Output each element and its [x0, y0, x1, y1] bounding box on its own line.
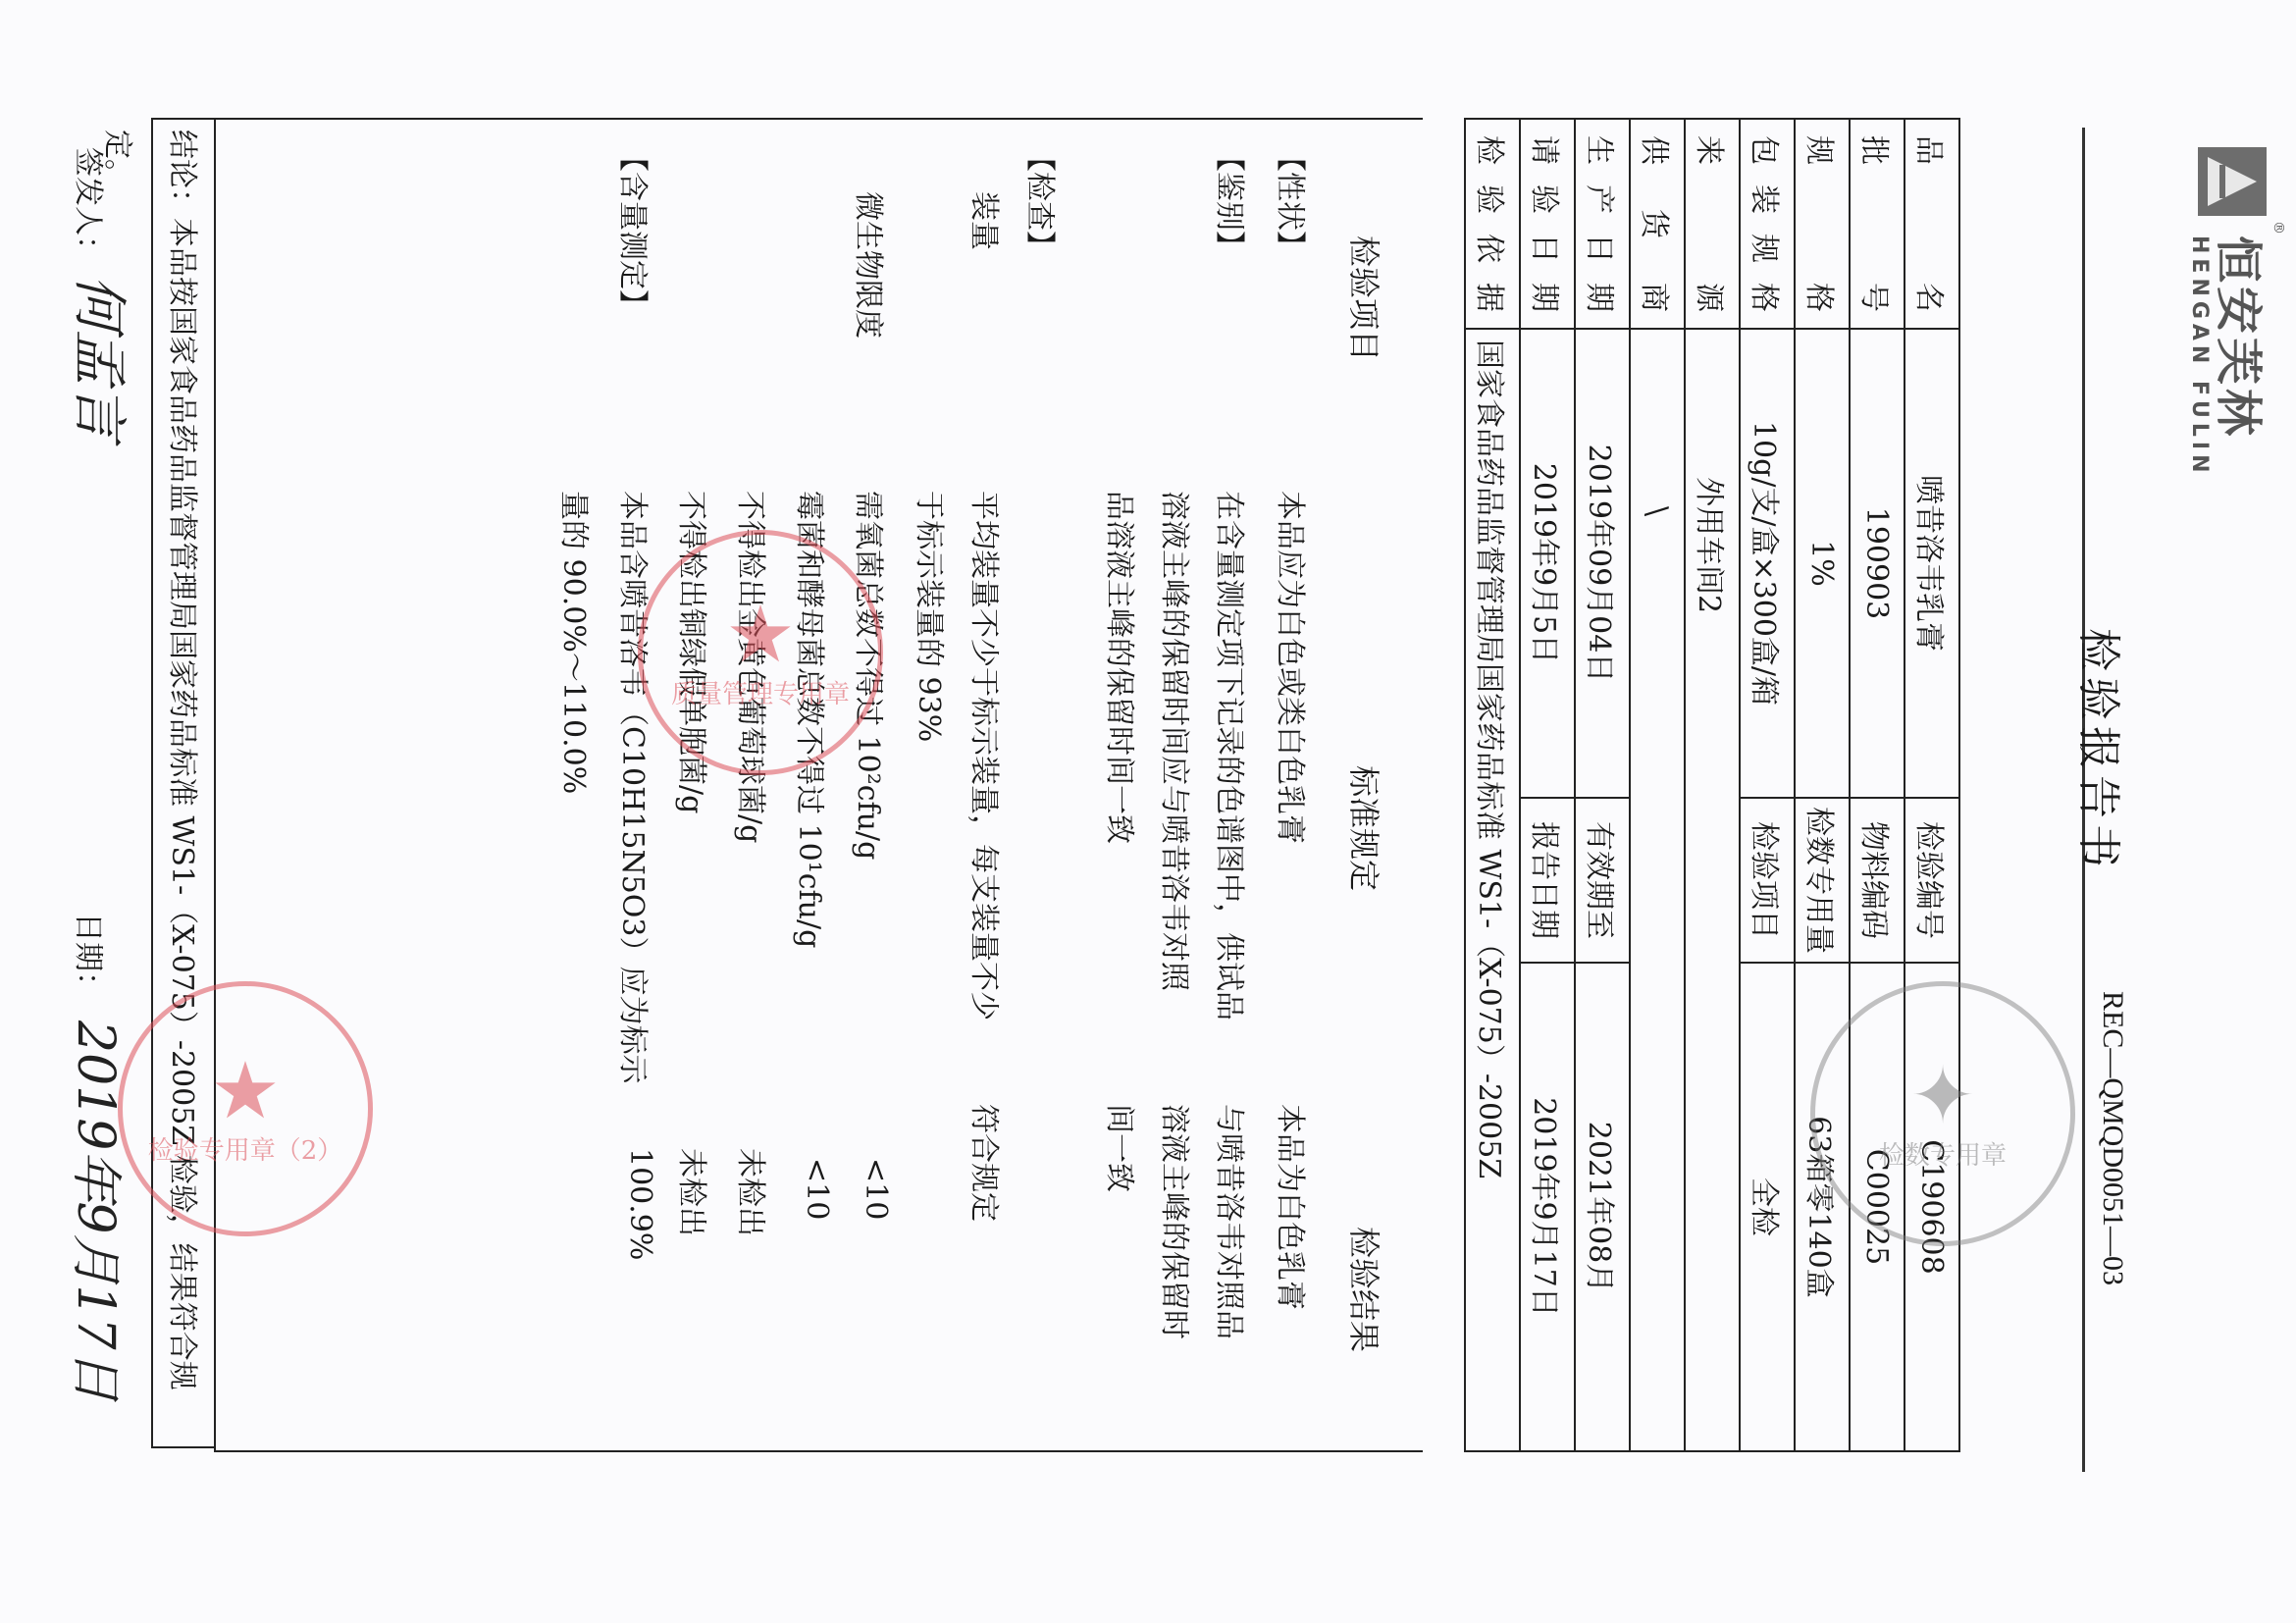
gray-seal-stamp: ✦ 检数专用章 [1810, 981, 2075, 1246]
column-standard-heading: 标准规定 [1343, 765, 1388, 891]
table-row: 品名 喷昔洛韦乳膏 检验编号 C190608 [1905, 119, 1959, 1451]
table-row: 生产日期 2019年09月04日 有效期至 2021年08月 [1575, 119, 1630, 1451]
product-name-value: 喷昔洛韦乳膏 [1905, 329, 1959, 798]
result-identification-line: 与喷昔洛韦对照品 [1211, 1104, 1254, 1339]
spec-label: 规格 [1795, 119, 1850, 329]
standard-appearance: 本品应为白色或类白色乳膏 [1272, 491, 1315, 844]
company-name-cn: 恒安芙林 [2209, 236, 2276, 440]
spec-value: 1% [1795, 329, 1850, 798]
report-date-value: 2019年9月17日 [1520, 963, 1575, 1451]
request-date-label: 请验日期 [1520, 119, 1575, 329]
report-date-label: 报告日期 [1520, 798, 1575, 963]
standard-fill-line: 于标示装量的 93% [911, 491, 954, 742]
result-identification-line: 溶液主峰的保留时 [1156, 1104, 1199, 1339]
star-icon: ✦ [1909, 1057, 1975, 1135]
product-name-label: 品名 [1905, 119, 1959, 329]
standard-assay-line: 本品含喷昔洛韦（C10H15N5O3）应为标示 [614, 491, 657, 1083]
report-title: 检验报告书 [2071, 628, 2134, 873]
request-date-value: 2019年9月5日 [1520, 329, 1575, 798]
package-label: 包装规格 [1740, 119, 1795, 329]
red-seal-stamp-qa: ★ 质量管理专用章 [638, 530, 883, 775]
info-table: 品名 喷昔洛韦乳膏 检验编号 C190608 批号 190903 物料编码 C0… [1464, 118, 1960, 1452]
section-inspection: 【检查】 [1021, 142, 1065, 260]
result-microbial: <10 [859, 1158, 893, 1220]
result-assay: 100.9% [623, 1148, 657, 1260]
inspection-report-page: ® 恒安芙林 HENGAN FULIN 检验报告书 REC—QMQD0051—0… [0, 0, 2296, 1623]
basis-value: 国家食品药品监督管理局国家药品标准 WS1-（X-075）-2005Z [1465, 329, 1520, 1451]
section-microbial: 微生物限度 [850, 191, 893, 339]
section-fill: 装量 [965, 191, 1009, 250]
conclusion: 结论：本品按国家食品药品监督管理局国家药品标准 WS1-（X-075）-2005… [151, 118, 216, 1448]
batch-label: 批号 [1850, 119, 1905, 329]
test-items-label: 检验项目 [1740, 798, 1795, 963]
gray-stamp-text: 检数专用章 [1879, 1135, 2007, 1172]
test-items-value: 全检 [1740, 963, 1795, 1451]
result-fill: 符合规定 [965, 1104, 1009, 1222]
supplier-label: 供货商 [1630, 119, 1685, 329]
material-code-label: 物料编码 [1850, 798, 1905, 963]
red-seal-stamp-inspection: ★ 检验专用章（2） [118, 981, 373, 1236]
source-value: 外用车间2 [1685, 329, 1740, 1451]
star-icon: ★ [210, 1052, 281, 1130]
inspection-no-label: 检验编号 [1905, 798, 1959, 963]
production-date-label: 生产日期 [1575, 119, 1630, 329]
result-microbial: <10 [800, 1158, 834, 1220]
table-row: 来源 外用车间2 [1685, 119, 1740, 1451]
signer-label: 签发人： [70, 147, 113, 265]
table-row: 检验依据 国家食品药品监督管理局国家药品标准 WS1-（X-075）-2005Z [1465, 119, 1520, 1451]
table-row: 批号 190903 物料编码 C00025 [1850, 119, 1905, 1451]
section-assay: 【含量测定】 [614, 142, 657, 319]
result-appearance: 本品为白色乳膏 [1272, 1104, 1315, 1310]
production-date-value: 2019年09月04日 [1575, 329, 1630, 798]
result-microbial: 未检出 [673, 1148, 716, 1236]
inspection-stamp-text: 检验专用章（2） [148, 1130, 343, 1167]
sample-qty-label: 检数专用量 [1795, 798, 1850, 963]
standard-fill-line: 平均装量不少于标示装量，每支装量不少 [965, 491, 1009, 1021]
standard-identification-line: 品溶液主峰的保留时间一致 [1101, 491, 1144, 844]
date-label: 日期： [70, 913, 113, 1001]
standard-assay-line: 量的 90.0%～110.0% [555, 491, 599, 794]
column-item-heading: 检验项目 [1343, 236, 1388, 361]
supplier-value: \ [1630, 329, 1685, 1451]
basis-label: 检验依据 [1465, 119, 1520, 329]
column-result-heading: 检验结果 [1343, 1227, 1388, 1352]
expiry-value: 2021年08月 [1575, 963, 1630, 1451]
package-value: 10g/支/盒×300盒/箱 [1740, 329, 1795, 798]
result-identification-line: 间一致 [1101, 1104, 1144, 1192]
section-appearance: 【性状】 [1272, 142, 1315, 260]
batch-value: 190903 [1850, 329, 1905, 798]
expiry-label: 有效期至 [1575, 798, 1630, 963]
star-icon: ★ [725, 596, 796, 674]
record-code: REC—QMQD0051—03 [2096, 991, 2129, 1285]
table-row: 供货商 \ [1630, 119, 1685, 1451]
standard-identification-line: 溶液主峰的保留时间应与喷昔洛韦对照 [1156, 491, 1199, 991]
source-label: 来源 [1685, 119, 1740, 329]
table-row: 包装规格 10g/支/盒×300盒/箱 检验项目 全检 [1740, 119, 1795, 1451]
table-row: 请验日期 2019年9月5日 报告日期 2019年9月17日 [1520, 119, 1575, 1451]
section-identification: 【鉴别】 [1211, 142, 1254, 260]
registered-mark: ® [2270, 221, 2286, 235]
qa-stamp-text: 质量管理专用章 [671, 674, 850, 710]
table-row: 规格 1% 检数专用量 63箱零140盒 [1795, 119, 1850, 1451]
result-microbial: 未检出 [732, 1148, 775, 1236]
company-name-en: HENGAN FULIN [2187, 236, 2212, 478]
standard-identification-line: 在含量测定项下记录的色谱图中，供试品 [1211, 491, 1254, 1021]
signer-signature: 何孟言 [64, 275, 142, 440]
company-logo-icon [2198, 147, 2267, 216]
